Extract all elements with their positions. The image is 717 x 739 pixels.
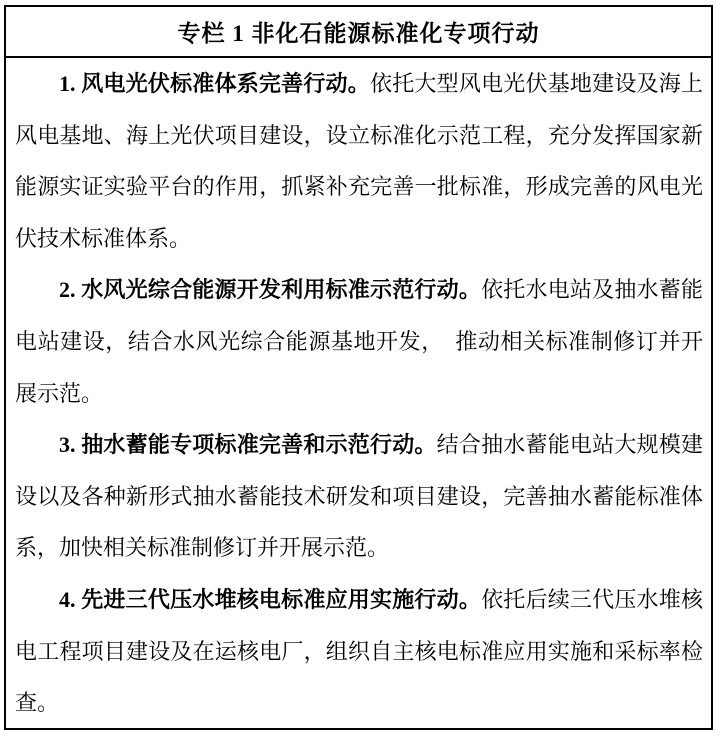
document-page: 专栏 1 非化石能源标准化专项行动 1. 风电光伏标准体系完善行动。依托大型风电… bbox=[0, 0, 717, 739]
paragraph: 3. 抽水蓄能专项标准完善和示范行动。结合抽水蓄能电站大规模建设以及各种新形式抽… bbox=[15, 419, 703, 574]
panel-title: 专栏 1 非化石能源标准化专项行动 bbox=[178, 15, 540, 48]
panel-title-row: 专栏 1 非化石能源标准化专项行动 bbox=[6, 7, 711, 58]
paragraph-lead: 4. 先进三代压水堆核电标准应用实施行动。 bbox=[59, 587, 481, 612]
paragraph-lead: 2. 水风光综合能源开发利用标准示范行动。 bbox=[59, 277, 481, 302]
paragraph-lead: 3. 抽水蓄能专项标准完善和示范行动。 bbox=[59, 432, 437, 457]
paragraph: 1. 风电光伏标准体系完善行动。依托大型风电光伏基地建设及海上风电基地、海上光伏… bbox=[15, 58, 703, 264]
paragraph-body: 依托大型风电光伏基地建设及海上风电基地、海上光伏项目建设，设立标准化示范工程，充… bbox=[15, 71, 703, 251]
paragraph-lead: 1. 风电光伏标准体系完善行动。 bbox=[59, 71, 370, 96]
paragraph: 2. 水风光综合能源开发利用标准示范行动。依托水电站及抽水蓄能电站建设，结合水风… bbox=[15, 264, 703, 419]
paragraph: 4. 先进三代压水堆核电标准应用实施行动。依托后续三代压水堆核电工程项目建设及在… bbox=[15, 574, 703, 728]
callout-box: 专栏 1 非化石能源标准化专项行动 1. 风电光伏标准体系完善行动。依托大型风电… bbox=[4, 5, 713, 730]
panel-body: 1. 风电光伏标准体系完善行动。依托大型风电光伏基地建设及海上风电基地、海上光伏… bbox=[6, 58, 711, 728]
